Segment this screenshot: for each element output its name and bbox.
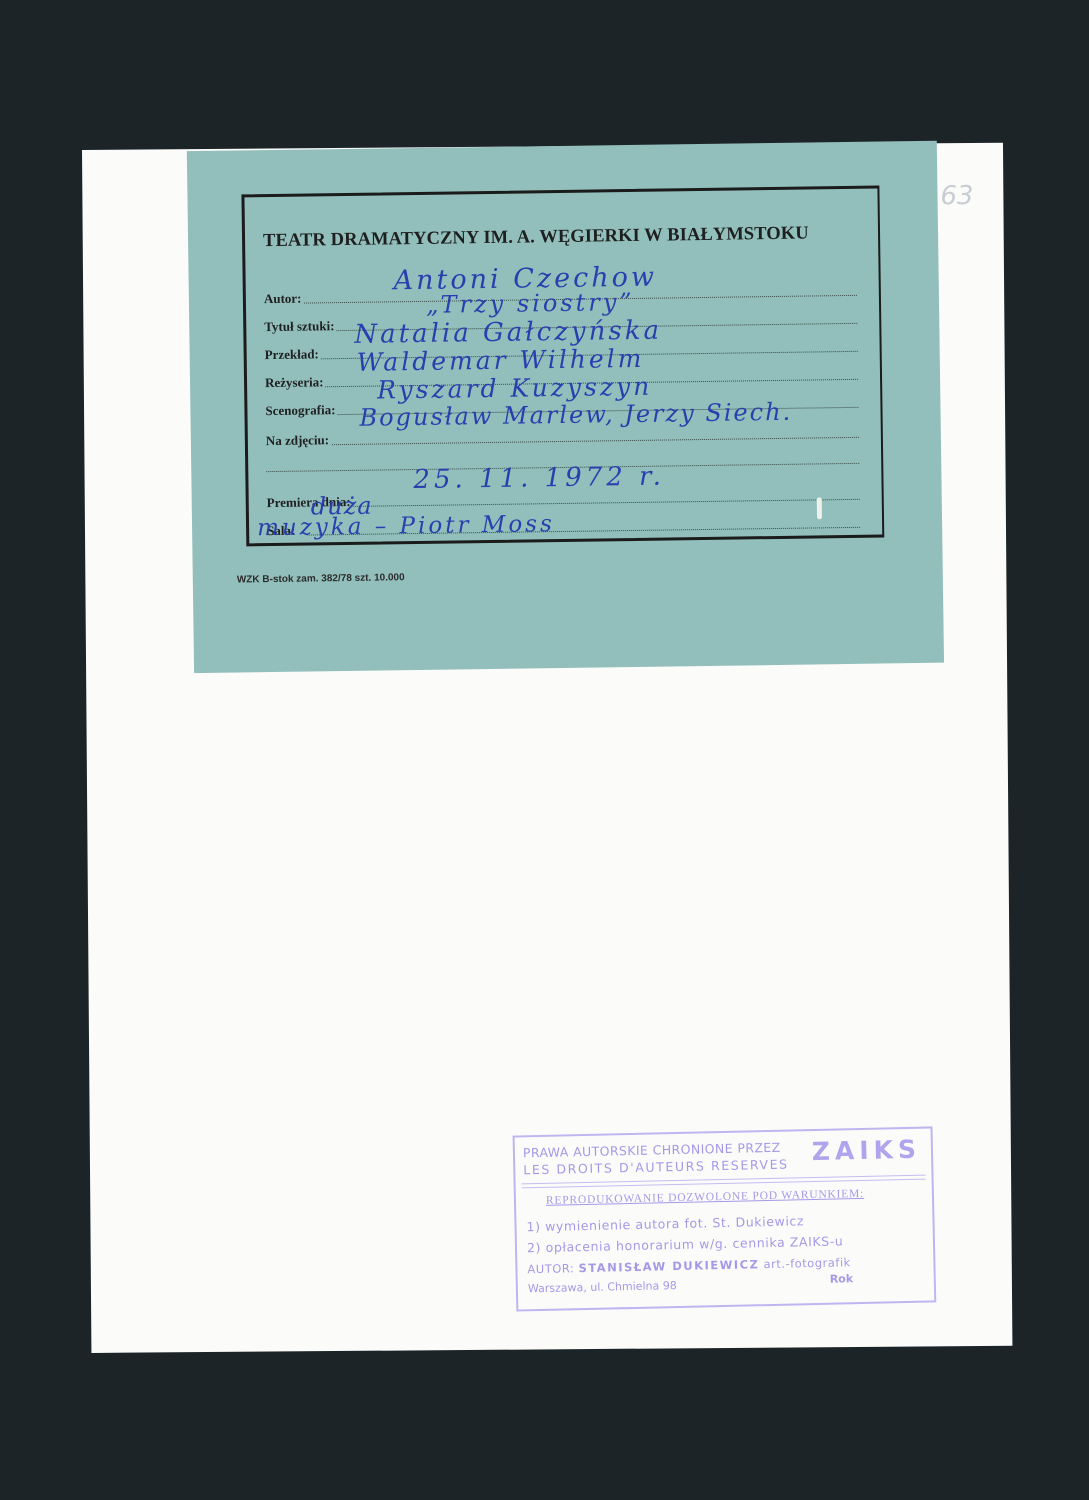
document-page: 63 TEATR DRAMATYCZNY IM. A. WĘGIERKI W B… — [82, 143, 1012, 1353]
field-label: Przekład: — [265, 346, 321, 363]
field-value-play-title: „Trzy siostry” — [426, 288, 635, 319]
field-label: Reżyseria: — [265, 374, 326, 391]
page-number: 63 — [940, 181, 973, 211]
field-label: Scenografia: — [265, 402, 337, 419]
stamp-year-label: Rok — [830, 1272, 854, 1286]
field-label: Tytuł sztuki: — [264, 318, 336, 335]
stamp-author-title: art.-fotografik — [763, 1255, 850, 1271]
stamp-author-name: STANISŁAW DUKIEWICZ — [578, 1257, 759, 1275]
theatre-record-card: TEATR DRAMATYCZNY IM. A. WĘGIERKI W BIAŁ… — [187, 141, 944, 673]
stamp-condition: 1) wymienienie autora fot. St. Dukiewicz — [526, 1213, 804, 1234]
stamp-divider — [522, 1179, 926, 1189]
printer-note: WZK B-stok zam. 382/78 szt. 10.000 — [237, 572, 405, 585]
stamp-condition: 2) opłacenia honorarium w/g. cennika ZAI… — [527, 1233, 844, 1255]
stamp-author-row: AUTOR: STANISŁAW DUKIEWICZ art.-fotograf… — [527, 1255, 851, 1276]
field-label: Na zdjęciu: — [266, 432, 331, 449]
stamp-line-2: LES DROITS D'AUTEURS RESERVES — [523, 1157, 789, 1178]
field-value-premiere-date: 25. 11. 1972 r. — [413, 462, 665, 496]
zaiks-copyright-stamp: PRAWA AUTORSKIE CHRONIONE PRZEZ LES DROI… — [513, 1126, 937, 1311]
form-frame: TEATR DRAMATYCZNY IM. A. WĘGIERKI W BIAŁ… — [241, 186, 884, 547]
stamp-brand: ZAIKS — [811, 1135, 921, 1166]
form-title: TEATR DRAMATYCZNY IM. A. WĘGIERKI W BIAŁ… — [263, 224, 809, 253]
stamp-author-label: AUTOR: — [527, 1261, 574, 1276]
handwritten-music-note: muzyka – Piotr Moss — [257, 511, 555, 541]
stamp-conditions-heading: REPRODUKOWANIE DOZWOLONE POD WARUNKIEM: — [546, 1188, 864, 1207]
stamp-address: Warszawa, ul. Chmielna 98 — [528, 1279, 677, 1295]
paper-scratch-mark — [817, 497, 822, 519]
field-label: Autor: — [264, 291, 304, 308]
